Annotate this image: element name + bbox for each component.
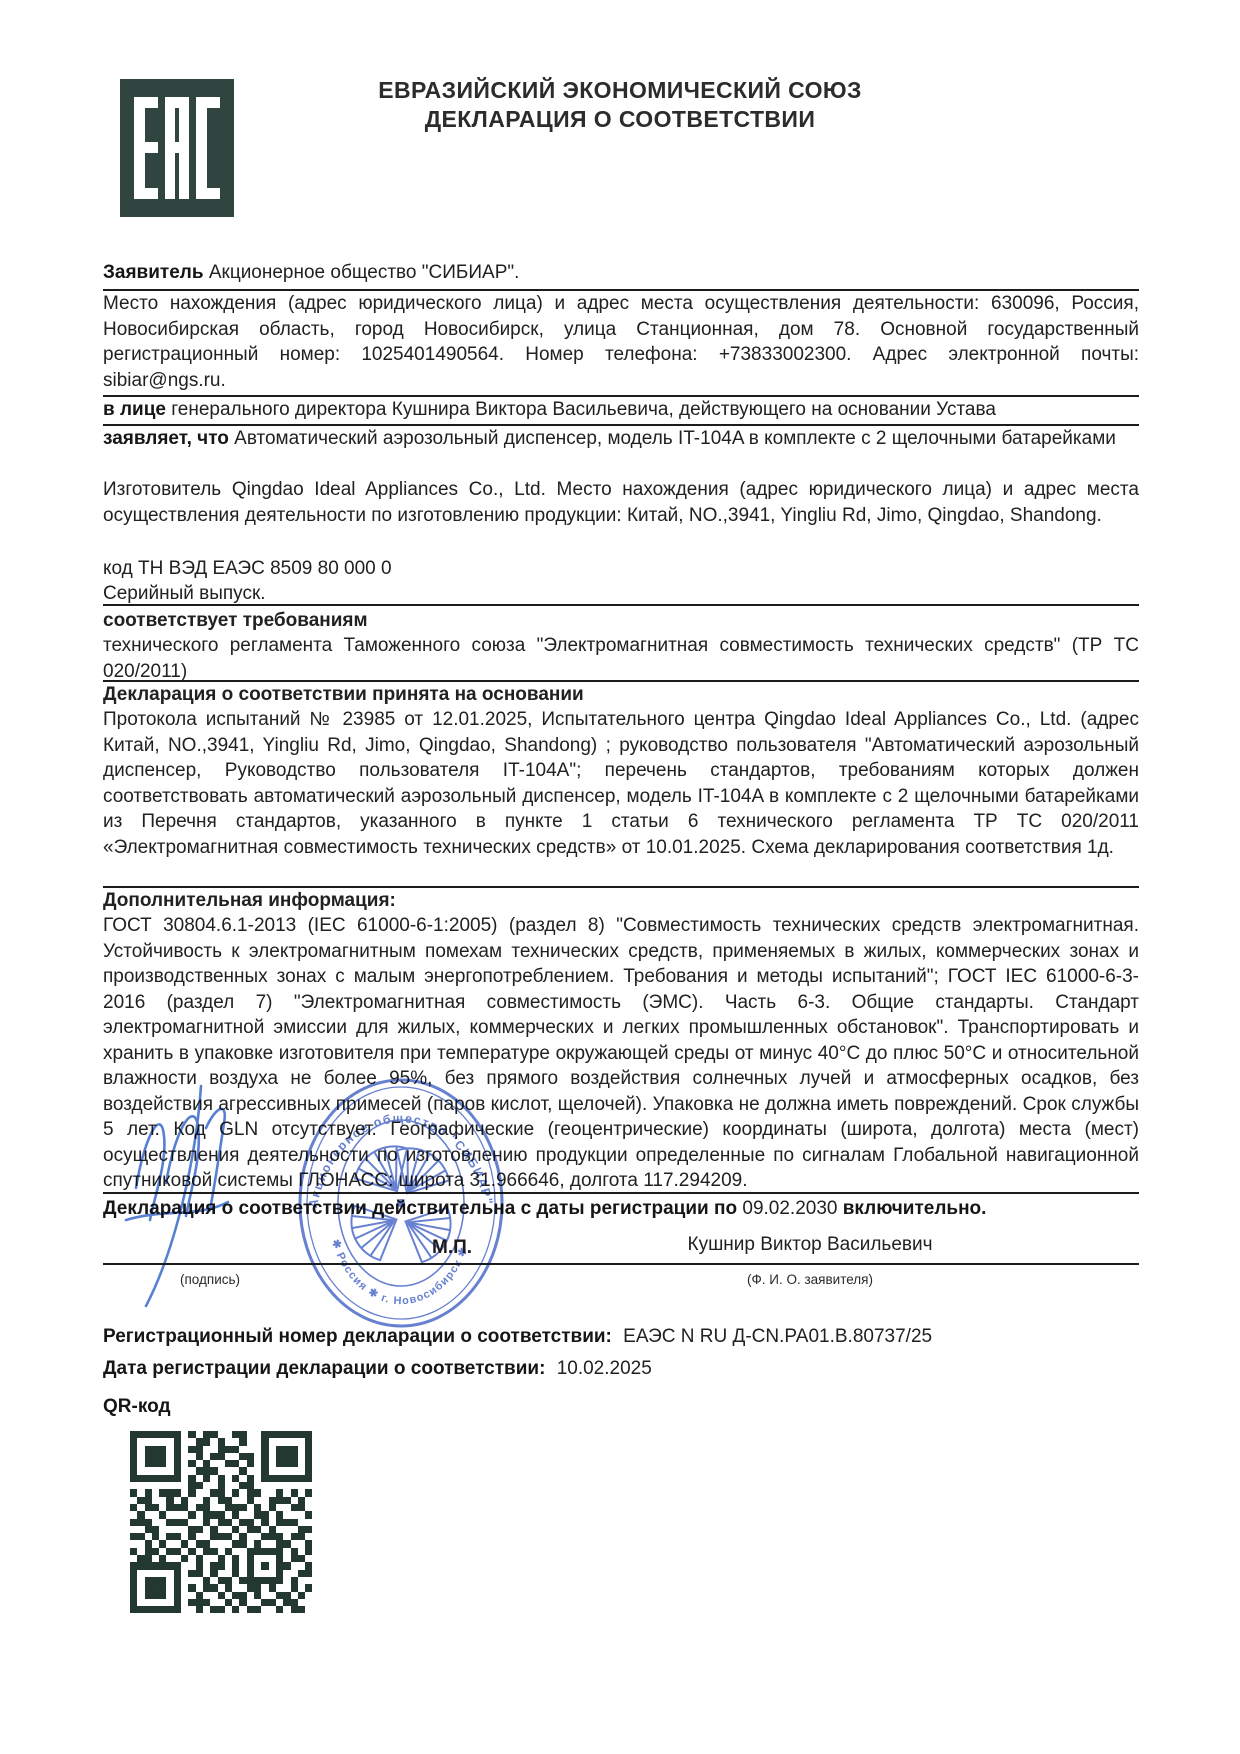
- applicant-value: Акционерное общество "СИБИАР".: [209, 262, 520, 283]
- manufacturer-block: Изготовитель Qingdao Ideal Appliances Co…: [103, 477, 1139, 554]
- additional-info-label: Дополнительная информация:: [103, 888, 1139, 913]
- serial-issue-line: Серийный выпуск.: [103, 581, 1139, 606]
- declaration-document-page: ЕВРАЗИЙСКИЙ ЭКОНОМИЧЕСКИЙ СОЮЗ ДЕКЛАРАЦИ…: [0, 0, 1240, 1754]
- signer-caption: (Ф. И. О. заявителя): [690, 1272, 930, 1287]
- in-person-value: генерального директора Кушнира Виктора В…: [171, 399, 996, 420]
- tnved-code-line: код ТН ВЭД ЕАЭС 8509 80 000 0: [103, 556, 1139, 581]
- in-person-label: в лице: [103, 399, 166, 420]
- registration-number-value: ЕАЭС N RU Д-CN.РА01.В.80737/25: [623, 1326, 932, 1347]
- in-person-line: в лице генерального директора Кушнира Ви…: [103, 397, 1139, 426]
- svg-text:Акционерное общество "СИБИАР": Акционерное общество "СИБИАР": [306, 1111, 496, 1209]
- mp-stamp-place-label: М.П.: [432, 1237, 472, 1259]
- registration-number-label: Регистрационный номер декларации о соотв…: [103, 1326, 612, 1347]
- qr-code: [130, 1431, 312, 1613]
- validity-suffix: включительно.: [843, 1198, 987, 1219]
- validity-date: 09.02.2030: [742, 1198, 837, 1219]
- basis-text: Протокола испытаний № 23985 от 12.01.202…: [103, 707, 1139, 888]
- document-title: ЕВРАЗИЙСКИЙ ЭКОНОМИЧЕСКИЙ СОЮЗ ДЕКЛАРАЦИ…: [0, 76, 1240, 134]
- meets-requirements-text: технического регламента Таможенного союз…: [103, 633, 1139, 682]
- basis-label: Декларация о соответствии принята на осн…: [103, 682, 1139, 707]
- registration-date-line: Дата регистрации декларации о соответств…: [103, 1358, 1139, 1380]
- declares-label: заявляет, что: [103, 428, 229, 449]
- signer-name: Кушнир Виктор Васильевич: [600, 1234, 1020, 1256]
- stamp-ring-top-text: Акционерное общество "СИБИАР": [306, 1111, 496, 1209]
- signature-rule: [103, 1263, 1139, 1265]
- company-round-stamp: Акционерное общество "СИБИАР" ✱ Россия ✱…: [294, 1072, 509, 1334]
- declares-value: Автоматический аэрозольный диспенсер, мо…: [234, 428, 1116, 449]
- registration-date-value: 10.02.2025: [557, 1358, 652, 1379]
- applicant-line: Заявитель Акционерное общество "СИБИАР".: [103, 260, 1139, 291]
- meets-requirements-label: соответствует требованиям: [103, 608, 1139, 633]
- applicant-address: Место нахождения (адрес юридического лиц…: [103, 291, 1139, 397]
- applicant-label: Заявитель: [103, 262, 204, 283]
- registration-date-label: Дата регистрации декларации о соответств…: [103, 1358, 545, 1379]
- qr-code-label: QR-код: [103, 1396, 171, 1418]
- registration-number-line: Регистрационный номер декларации о соотв…: [103, 1326, 1139, 1348]
- declares-line: заявляет, что Автоматический аэрозольный…: [103, 426, 1139, 477]
- title-declaration: ДЕКЛАРАЦИЯ О СООТВЕТСТВИИ: [0, 105, 1240, 134]
- title-union: ЕВРАЗИЙСКИЙ ЭКОНОМИЧЕСКИЙ СОЮЗ: [0, 76, 1240, 105]
- signature-caption: (подпись): [140, 1272, 280, 1287]
